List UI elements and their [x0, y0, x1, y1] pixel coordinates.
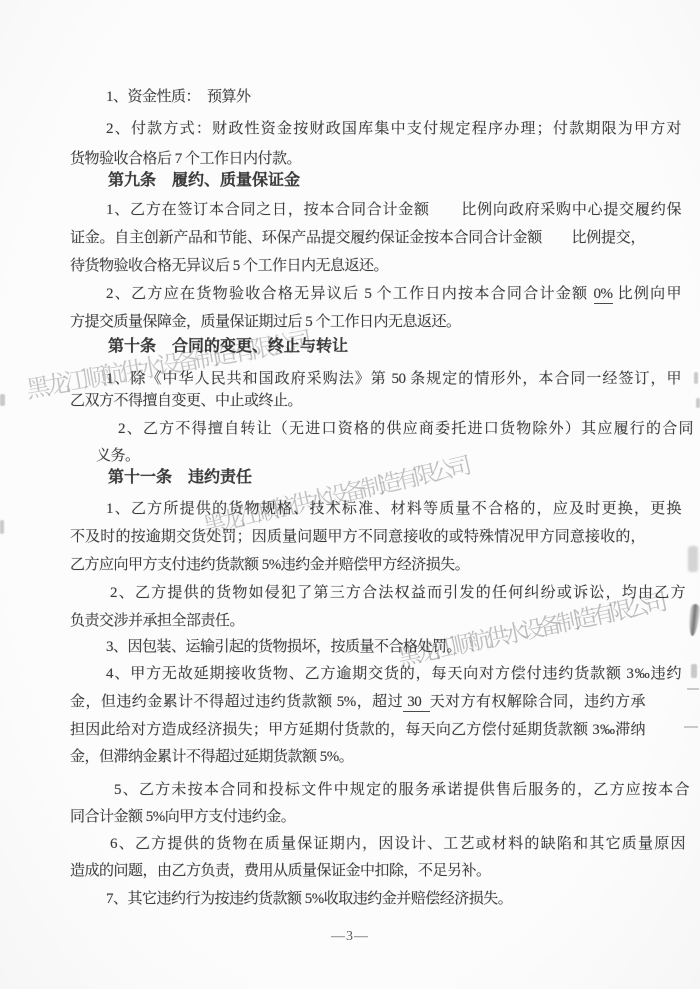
document-page: 1、资金性质： 预算外2、付款方式：财政性资金按财政国库集中支付规定程序办理；付… — [0, 0, 700, 989]
document-line: 5、乙方未按本合同和投标文件中规定的服务承诺提供售后服务的，乙方应按本合 — [70, 780, 689, 801]
scan-artifact — [687, 604, 700, 637]
section-heading: 第十条 合同的变更、终止与转让 — [70, 336, 683, 357]
document-line: 1、乙方所提供的货物规格、技术标准、材料等质量不合格的，应及时更换，更换 — [70, 499, 681, 520]
document-line: 乙双方不得擅自变更、中止或终止。 — [70, 391, 645, 412]
scan-artifact — [687, 688, 699, 690]
document-line: 义务。 — [70, 446, 671, 467]
document-line: 货物验收合格后 7 个工作日内付款。 — [70, 149, 645, 170]
scan-artifact — [0, 394, 5, 406]
document-line: 不及时的按逾期交货处罚；因质量问题甲方不同意接收的或特殊情况甲方同意接收的， — [70, 527, 645, 548]
document-line: 证金。自主创新产品和节能、环保产品提交履约保证金按本合同合计金额 比例提交， — [70, 228, 645, 249]
document-line: 6、乙方提供的货物在质量保证期内，因设计、工艺或材料的缺陷和其它质量原因 — [70, 834, 685, 855]
document-line: 3、因包装、运输引起的货物损坏，按质量不合格处罚。 — [70, 637, 681, 658]
scan-artifact — [0, 520, 4, 534]
section-heading: 第十一条 违约责任 — [70, 467, 683, 488]
filled-blank: 0% — [594, 286, 613, 304]
document-line: 1、除《中华人民共和国政府采购法》第 50 条规定的情形外，本合同一经签订，甲 — [70, 369, 681, 390]
document-line: 负责交涉并承担全部责任。 — [70, 611, 645, 632]
document-line: 1、乙方在签订本合同之日，按本合同合计金额 比例向政府采购中心提交履约保 — [70, 200, 681, 221]
document-line: 2、付款方式：财政性资金按财政国库集中支付规定程序办理；付款期限为甲方对 — [70, 119, 681, 140]
scan-artifact — [694, 372, 698, 384]
filled-blank: 30 — [403, 694, 430, 712]
document-line: 造成的问题，由乙方负责，费用从质量保证金中扣除，不足另补。 — [70, 861, 645, 882]
document-line: 方提交质量保障金，质量保证期过后 5 个工作日内无息返还。 — [70, 312, 645, 333]
scan-artifact — [691, 664, 697, 678]
document-line: 2、乙方提供的货物如侵犯了第三方合法权益而引发的任何纠纷或诉讼，均由乙方 — [70, 583, 685, 604]
document-line: 2、乙方不得擅自转让（无进口资格的供应商委托进口货物除外）其应履行的合同 — [70, 419, 693, 440]
document-line: 金，但违约金累计不得超过违约货款额 5%，超过 30 天对方有权解除合同，违约方… — [70, 692, 645, 713]
document-line: 2、乙方应在货物验收合格无异议后 5 个工作日内按本合同合计金额 0% 比例向甲 — [70, 284, 681, 305]
scan-artifact — [688, 546, 698, 572]
document-line: 1、资金性质： 预算外 — [70, 87, 681, 108]
document-line: 乙方应向甲方支付违约货款额 5%违约金并赔偿甲方经济损失。 — [70, 555, 645, 576]
document-line: 4、甲方无故延期接收货物、乙方逾期交货的，每天向对方偿付违约货款额 3‰违约 — [70, 664, 681, 685]
document-line: 同合计金额 5%向甲方支付违约金。 — [70, 807, 645, 828]
section-heading: 第九条 履约、质量保证金 — [70, 170, 683, 191]
document-line: 担因此给对方造成经济损失；甲方延期付货款的，每天向乙方偿付延期货款额 3‰滞纳 — [70, 720, 645, 741]
document-line: 7、其它违约行为按违约货款额 5%收取违约金并赔偿经济损失。 — [70, 889, 681, 910]
scan-artifact — [684, 726, 698, 728]
document-line: 金，但滞纳金累计不得超过延期货款额 5%。 — [70, 747, 645, 768]
page-number: —3— — [0, 929, 700, 945]
document-line: 待货物验收合格无异议后 5 个工作日内无息返还。 — [70, 256, 645, 277]
scan-artifact — [696, 398, 700, 408]
